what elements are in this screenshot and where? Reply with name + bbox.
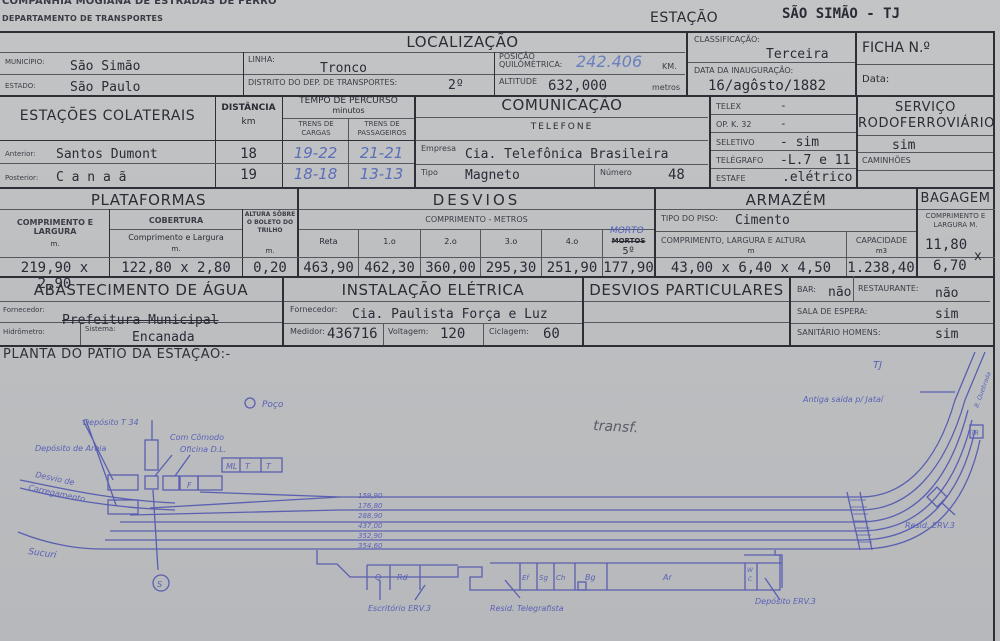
telex-label: TELEX [716, 102, 741, 111]
tr-label: TR [971, 430, 979, 437]
track-length: 288,90 [358, 512, 383, 520]
sala-espera-label: SALA DE ESPERA: [797, 307, 867, 316]
station-name: SÃO SIMÃO - TJ [782, 6, 900, 22]
desvio-value: 251,90 [542, 260, 602, 276]
bagagem-label: COMPRIMENTO E LARGURA m. [918, 212, 993, 230]
station-yard-plan: Poço Depósito T 34 Com Cômodo Oficina D.… [0, 345, 1000, 641]
cobertura-sub: Comprimento e Largura [110, 233, 242, 242]
passageiros-label: TRENS DE PASSAGEIROS [350, 120, 414, 138]
tempo-unit: minutos [283, 106, 414, 115]
sanitario-label: SANITÁRIO HOMENS: [797, 328, 881, 337]
numero-value: 48 [668, 167, 685, 183]
desvio-label-2: Carregamento [28, 483, 86, 504]
distancia-label: DISTÂNCIA [215, 103, 282, 113]
telegrafo-label: TELÉGRAFO [716, 156, 763, 165]
desvios-comprimento-label: COMPRIMENTO - metros [299, 215, 654, 224]
estado-value: São Paulo [70, 80, 140, 95]
linha-value: Tronco [320, 61, 367, 76]
voltagem-label: Voltagem: [388, 327, 429, 336]
poco-label: Poço [262, 400, 284, 410]
wc-label-w: W [747, 567, 754, 574]
ciclagem-value: 60 [543, 326, 560, 342]
agua-title: ABASTECIMENTO DE ÁGUA [0, 281, 282, 299]
estado-label: ESTADO: [5, 82, 36, 90]
hidrometro-label: Hidrômetro: [3, 328, 45, 336]
estacoes-colaterais-title: ESTAÇÕES COLATERAIS [0, 108, 215, 124]
cargas-label: TRENS DE CARGAS [288, 120, 344, 138]
restaurante-value: não [935, 286, 958, 301]
track-length: 176,80 [358, 502, 383, 510]
desvio-col: 2.o [421, 237, 480, 246]
altura-value: 0,20 [243, 260, 297, 276]
track-length: 437,00 [358, 522, 383, 530]
armazem-dims-label: COMPRIMENTO, LARGURA E ALTURA [661, 236, 806, 245]
sg-label: Sg [539, 574, 548, 582]
caminhoes-label: CAMINHÕES [862, 156, 911, 165]
cargas-time: 18-18 [283, 165, 348, 183]
station-name: Santos Dumont [56, 147, 158, 162]
wc-label-c: C [748, 576, 753, 583]
altura-unit: m. [243, 247, 297, 255]
bg-label: Bg [585, 573, 596, 582]
ficha-label: FICHA N.º [862, 40, 930, 56]
deposito-t34-label: Depósito T 34 [83, 417, 139, 427]
telex-value: - [780, 99, 787, 112]
bagagem-comp: 11,80 [925, 237, 967, 253]
desvio-col: 4.o [542, 237, 602, 246]
desvio-value: 463,90 [299, 260, 358, 276]
armazem-title: ARMAZÉM [656, 191, 916, 209]
opk-value: - [780, 117, 787, 130]
medidor-label: Medidor: [290, 327, 325, 336]
inauguracao-label: DATA DA INAUGURAÇÃO: [694, 66, 793, 75]
s-label: S [157, 580, 162, 589]
ar-label: Ar [662, 573, 672, 582]
municipio-value: São Simão [70, 59, 140, 74]
sala-espera-value: sim [935, 307, 958, 322]
comunicacao-title: COMUNICAÇÃO [416, 96, 708, 114]
cobertura-unit: m. [110, 245, 242, 253]
passageiros-time: 21-21 [349, 144, 414, 162]
plataforma-comp-unit: m. [2, 240, 108, 248]
estafe-value: .elétrico [782, 170, 852, 185]
desvio-value: 177,90 [603, 260, 654, 276]
resid-erv3-label: Resid. ERV.3 [905, 521, 955, 530]
resid-telegrafista-label: Resid. Telegrafista [490, 604, 564, 613]
escritorio-label: Escritório ERV.3 [368, 603, 431, 613]
desvio-value: 360,00 [421, 260, 480, 276]
f-label: F [187, 481, 192, 490]
ef-label: Ef [522, 574, 530, 582]
desvios-title: DESVIOS [299, 191, 654, 209]
municipio-label: MUNICÍPIO: [5, 58, 44, 66]
plataformas-title: PLATAFORMAS [0, 191, 297, 209]
ch-label: Ch [556, 574, 565, 582]
desvio-value: 295,30 [481, 260, 541, 276]
empresa-label: Empresa [421, 144, 456, 153]
transf-annotation: transf. [593, 418, 639, 436]
ciclagem-label: Ciclagem: [489, 327, 529, 336]
divider [0, 276, 995, 278]
seletivo-value: - sim [780, 135, 819, 150]
passageiros-time: 13-13 [349, 165, 414, 183]
t-label: T [266, 462, 272, 471]
linha-label: LINHA: [248, 55, 275, 64]
plataforma-comp-label: COMPRIMENTO E LARGURA [2, 218, 108, 236]
rodoferroviario-title-2: RODOFERROVIÁRIO [858, 116, 993, 131]
rd-label: Rd [397, 573, 409, 582]
eletrica-fornecedor-value: Cia. Paulista Força e Luz [352, 307, 548, 322]
estafe-label: ESTAFE [716, 174, 746, 183]
cobertura-value: 122,80 x 2,80 [110, 260, 242, 276]
bagagem-larg: 6,70 [933, 258, 967, 274]
station-record-card: COMPANHIA MOGIANA DE ESTRADAS DE FERRO D… [0, 0, 1000, 641]
bagagem-title: BAGAGEM [918, 191, 993, 206]
piso-value: Cimento [735, 213, 790, 228]
station-label: ESTAÇÃO [650, 10, 718, 26]
ml-label: ML [226, 462, 237, 471]
altitude-unit: metros [652, 83, 680, 92]
sistema-value: Encanada [132, 330, 195, 345]
desvio-value: 462,30 [359, 260, 420, 276]
bagagem-x: x [974, 249, 982, 264]
deposito-areia-label: Depósito de Areia [35, 443, 106, 453]
inauguracao-value: 16/agôsto/1882 [708, 78, 826, 94]
distrito-value: 2º [448, 78, 464, 93]
ficha-data-label: Data: [862, 74, 889, 85]
mortos-sub: 5º [603, 246, 654, 257]
posicao-value: 242.406 [576, 52, 642, 71]
oficina-label: Oficina D.L. [180, 445, 226, 454]
armazem-dims-value: 43,00 x 6,40 x 4,50 [656, 260, 846, 276]
tj-label: TJ [873, 360, 882, 371]
tempo-label: TEMPO DE PERCURSO [283, 96, 414, 106]
numero-label: Número [600, 168, 632, 177]
distrito-label: DISTRITO DO DEP. DE TRANSPORTES: [248, 78, 397, 87]
telefone-label: TELEFONE [416, 122, 708, 132]
sanitario-value: sim [935, 327, 958, 342]
capacidade-value: 1.238,40 [845, 260, 917, 276]
cargas-time: 19-22 [283, 144, 348, 162]
track-length: 352,90 [358, 532, 383, 540]
eletrica-title: INSTALAÇÃO ELÉTRICA [284, 281, 582, 299]
classificacao-label: CLASSIFICAÇÃO: [694, 35, 760, 44]
sistema-label: Sistema: [85, 325, 116, 333]
empresa-value: Cia. Telefônica Brasileira [465, 147, 669, 162]
divider [0, 187, 995, 189]
rodoferroviario-value: sim [892, 138, 915, 153]
altura-label: ALTURA SÔBRE O BOLETO DO TRILHO [243, 211, 297, 235]
opk-label: OP. K. 32 [716, 120, 751, 129]
row-label: Anterior: [5, 150, 36, 158]
track-length: 159,90 [358, 492, 383, 500]
altitude-value: 632,000 [548, 78, 607, 94]
t-label: T [245, 462, 251, 471]
company-name: COMPANHIA MOGIANA DE ESTRADAS DE FERRO [2, 0, 277, 7]
track-length: 354,60 [358, 542, 383, 550]
telegrafo-value: -L.7 e 11 [780, 153, 850, 168]
bar-value: não [828, 285, 851, 300]
deposito-erv3-label: Depósito ERV.3 [755, 596, 816, 606]
armazem-dims-unit: m [656, 247, 846, 255]
altitude-label: ALTITUDE [499, 77, 537, 86]
bar-label: BAR: [797, 285, 816, 294]
desvio-col: Reta [299, 237, 358, 246]
q-label: Q [375, 573, 381, 582]
eletrica-fornecedor-label: Fornecedor: [290, 305, 338, 314]
localizacao-title: LOCALIZAÇÃO [240, 33, 685, 51]
desvios-particulares-title: DESVIOS PARTICULARES [584, 281, 789, 299]
department-name: DEPARTAMENTO DE TRANSPORTES [2, 14, 163, 23]
cobertura-label: COBERTURA [110, 216, 242, 225]
capacidade-unit: m3 [847, 247, 916, 255]
antiga-saida-label: Antiga saída p/ Jataí [802, 395, 885, 404]
b-quebrada-label: B. Quebrada [973, 371, 993, 409]
rodoferroviario-title-1: SERVIÇO [858, 100, 993, 115]
mortos-annotation: MORTO [610, 226, 644, 236]
distancia-unit: km [215, 117, 282, 127]
posicao-unit: KM. [662, 62, 677, 71]
medidor-value: 436716 [327, 326, 378, 342]
voltagem-value: 120 [440, 326, 465, 342]
piso-label: TIPO DO PISO: [661, 214, 718, 223]
row-label: Posterior: [5, 174, 38, 182]
sucuri-label: Sucuri [28, 547, 58, 561]
desvio-col: 3.o [481, 237, 541, 246]
desvio-col: 1.o [359, 237, 420, 246]
capacidade-label: CAPACIDADE [847, 236, 916, 245]
distance: 18 [215, 146, 282, 162]
desvio-col: MORTOS [603, 237, 654, 245]
agua-fornecedor-label: Fornecedor: [3, 306, 45, 314]
classificacao-value: Terceira [766, 47, 829, 62]
distance: 19 [215, 167, 282, 183]
restaurante-label: RESTAURANTE: [858, 284, 919, 293]
seletivo-label: SELETIVO [716, 138, 755, 147]
station-name: C a n a ã [56, 170, 126, 185]
tipo-label: Tipo [421, 168, 438, 177]
com-comodo-label: Com Cômodo [170, 432, 224, 442]
tipo-value: Magneto [465, 168, 520, 183]
